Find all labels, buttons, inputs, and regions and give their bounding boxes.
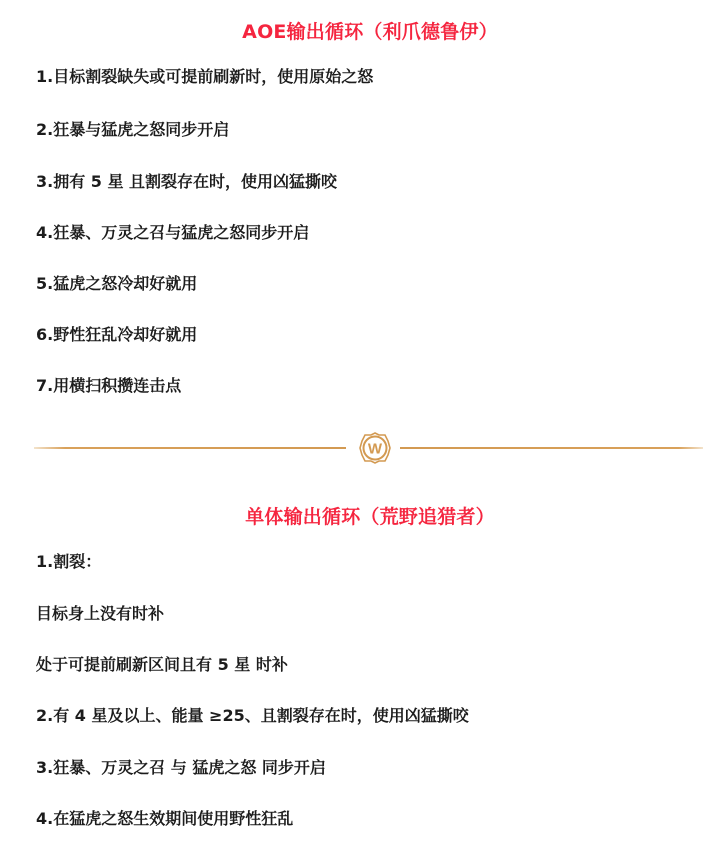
divider-rule-right xyxy=(400,447,703,449)
aoe-section-title: AOE输出循环（利爪德鲁伊） xyxy=(0,20,703,44)
w-emblem-icon: W xyxy=(359,432,391,464)
single-step-2: 2.有 4 星及以上、能量 ≥25、且割裂存在时，使用凶猛撕咬 xyxy=(36,706,469,726)
aoe-step-5: 5.猛虎之怒冷却好就用 xyxy=(36,274,197,294)
divider-rule-left xyxy=(34,447,346,449)
section-divider: W xyxy=(0,432,703,464)
single-section-title: 单体输出循环（荒野追猎者） xyxy=(0,505,703,529)
single-step-1-sub-b: 处于可提前刷新区间且有 5 星 时补 xyxy=(36,655,288,675)
aoe-step-3: 3.拥有 5 星 且割裂存在时，使用凶猛撕咬 xyxy=(36,172,337,192)
single-step-1: 1.割裂： xyxy=(36,552,101,572)
aoe-step-7: 7.用横扫积攒连击点 xyxy=(36,376,181,396)
svg-text:W: W xyxy=(368,441,383,458)
single-step-3: 3.狂暴、万灵之召 与 猛虎之怒 同步开启 xyxy=(36,758,326,778)
aoe-step-1: 1.目标割裂缺失或可提前刷新时，使用原始之怒 xyxy=(36,67,373,87)
single-step-1-sub-a: 目标身上没有时补 xyxy=(36,604,164,624)
aoe-step-2: 2.狂暴与猛虎之怒同步开启 xyxy=(36,120,229,140)
aoe-step-6: 6.野性狂乱冷却好就用 xyxy=(36,325,197,345)
aoe-step-4: 4.狂暴、万灵之召与猛虎之怒同步开启 xyxy=(36,223,309,243)
single-step-4: 4.在猛虎之怒生效期间使用野性狂乱 xyxy=(36,809,293,829)
